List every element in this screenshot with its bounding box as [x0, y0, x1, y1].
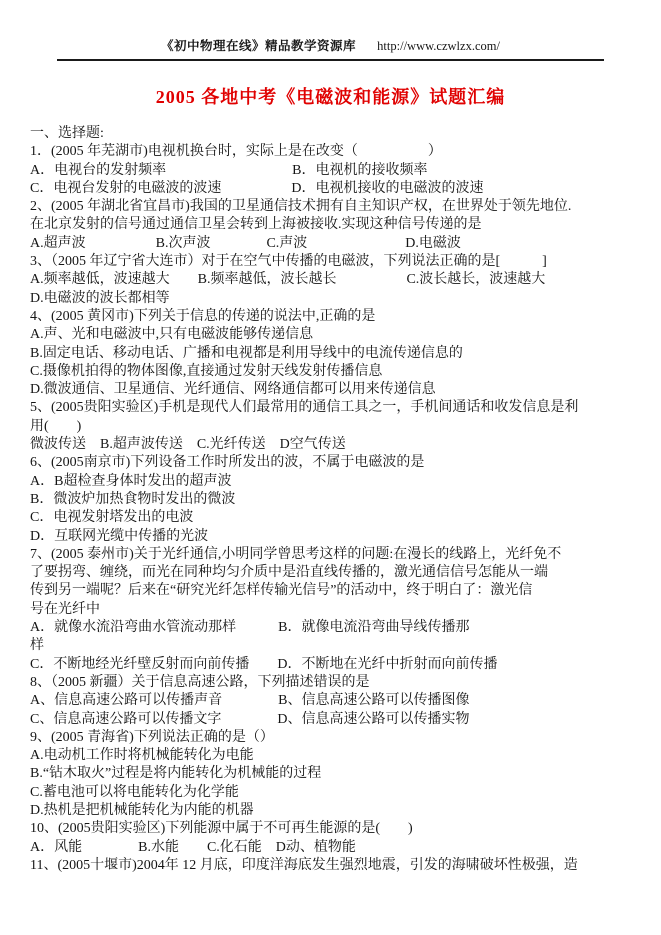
document-line: A.超声波 B.次声波 C.声波 D.电磁波 [30, 235, 635, 253]
document-line: 5、(2005贵阳实验区)手机是现代人们最常用的通信工具之一，手机间通话和收发信… [30, 399, 635, 417]
document-line: 微波传送 B.超声波传送 C.光纤传送 D空气传送 [30, 436, 635, 454]
document-line: 用( ) [30, 418, 635, 436]
document-line: 9、(2005 青海省)下列说法正确的是（） [30, 729, 635, 747]
document-line: D.电磁波的波长都相等 [30, 290, 635, 308]
document-line: C．电视发射塔发出的电波 [30, 509, 635, 527]
document-line: C.蓄电池可以将电能转化为化学能 [30, 784, 635, 802]
document-line: D．互联网光缆中传播的光波 [30, 528, 635, 546]
page-header: 《初中物理在线》精品教学资源库 http://www.czwlzx.com/ [57, 36, 604, 61]
document-line: A．B超检查身体时发出的超声波 [30, 473, 635, 491]
document-line: 8、（2005 新疆）关于信息高速公路，下列描述错误的是 [30, 674, 635, 692]
document-line: 号在光纤中 [30, 601, 635, 619]
document-body[interactable]: 一、选择题:1．(2005 年芜湖市)电视机换台时，实际上是在改变（ ）A．电视… [30, 125, 635, 875]
document-line: A．风能 B.水能 C.化石能 D动、植物能 [30, 839, 635, 857]
document-line: B．微波炉加热食物时发出的微波 [30, 491, 635, 509]
document-line: 了要拐弯、缠绕，而光在同种均匀介质中是沿直线传播的，激光通信信号怎能从一端 [30, 564, 635, 582]
document-line: C．不断地经光纤壁反射而向前传播 D．不断地在光纤中折射而向前传播 [30, 656, 635, 674]
document-line: 10、(2005贵阳实验区)下列能源中属于不可再生能源的是( ) [30, 820, 635, 838]
document-line: 11、(2005十堰市)2004年 12 月底，印度洋海底发生强烈地震，引发的海… [30, 857, 635, 875]
document-line: 在北京发射的信号通过通信卫星会转到上海被接收.实现这种信号传递的是 [30, 216, 635, 234]
document-line: 6、(2005南京市)下列设备工作时所发出的波，不属于电磁波的是 [30, 454, 635, 472]
document-line: 一、选择题: [30, 125, 635, 143]
document-line: D.微波通信、卫星通信、光纤通信、网络通信都可以用来传递信息 [30, 381, 635, 399]
document-line: C、信息高速公路可以传播文字 D、信息高速公路可以传播实物 [30, 711, 635, 729]
site-url-link[interactable]: http://www.czwlzx.com/ [377, 39, 500, 53]
document-line: 样 [30, 637, 635, 655]
document-line: A．就像水流沿弯曲水管流动那样 B．就像电流沿弯曲导线传播那 [30, 619, 635, 637]
page-title: 2005 各地中考《电磁波和能源》试题汇编 [0, 83, 661, 109]
document-line: D.热机是把机械能转化为内能的机器 [30, 802, 635, 820]
document-line: B.固定电话、移动电话、广播和电视都是利用导线中的电流传递信息的 [30, 345, 635, 363]
document-line: A.频率越低，波速越大 B.频率越低，波长越长 C.波长越长，波速越大 [30, 271, 635, 289]
site-name: 《初中物理在线》精品教学资源库 [161, 39, 356, 53]
document-line: A、信息高速公路可以传播声音 B、信息高速公路可以传播图像 [30, 692, 635, 710]
document-line: 1．(2005 年芜湖市)电视机换台时，实际上是在改变（ ） [30, 143, 635, 161]
document-line: C．电视台发射的电磁波的波速 D．电视机接收的电磁波的波速 [30, 180, 635, 198]
document-line: 4、(2005 黄冈市)下列关于信息的传递的说法中,正确的是 [30, 308, 635, 326]
document-line: B.“钻木取火”过程是将内能转化为机械能的过程 [30, 765, 635, 783]
document-line: 传到另一端呢？后来在“研究光纤怎样传输光信号”的活动中，终于明白了：激光信 [30, 582, 635, 600]
document-page: 《初中物理在线》精品教学资源库 http://www.czwlzx.com/ 2… [0, 0, 661, 935]
document-line: 3、（2005 年辽宁省大连市）对于在空气中传播的电磁波，下列说法正确的是[ ] [30, 253, 635, 271]
document-line: 2、(2005 年湖北省宜昌市)我国的卫星通信技术拥有自主知识产权，在世界处于领… [30, 198, 635, 216]
document-line: A．电视台的发射频率 B．电视机的接收频率 [30, 162, 635, 180]
document-line: 7、(2005 泰州市)关于光纤通信,小明同学曾思考这样的问题:在漫长的线路上，… [30, 546, 635, 564]
document-line: C.摄像机拍得的物体图像,直接通过发射天线发射传播信息 [30, 363, 635, 381]
document-line: A.电动机工作时将机械能转化为电能 [30, 747, 635, 765]
document-line: A.声、光和电磁波中,只有电磁波能够传递信息 [30, 326, 635, 344]
